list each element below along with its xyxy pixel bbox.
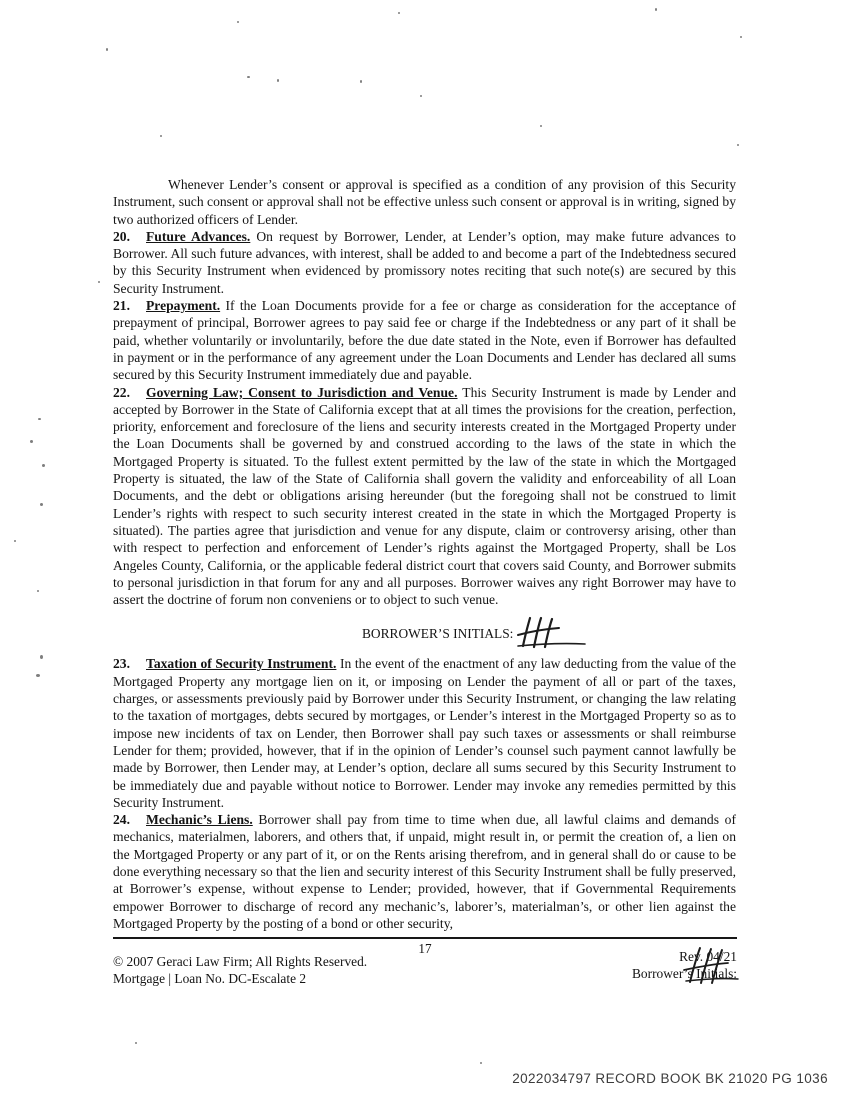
noise-speck <box>480 1062 482 1064</box>
noise-speck <box>420 95 422 97</box>
section-number: 21. <box>113 297 146 314</box>
borrowers-initials-line: BORROWER’S INITIALS: <box>113 615 736 649</box>
noise-speck <box>737 144 739 146</box>
section-heading: Prepayment. <box>146 298 220 313</box>
footer-handwritten-initials-mark <box>676 944 742 986</box>
intro-paragraph: Whenever Lender’s consent or approval is… <box>113 176 736 228</box>
noise-speck <box>106 48 108 51</box>
noise-speck <box>237 21 239 23</box>
section-24-mechanics-liens: 24.Mechanic’s Liens. Borrower shall pay … <box>113 811 736 932</box>
noise-speck <box>40 503 43 506</box>
noise-speck <box>98 281 100 283</box>
section-number: 20. <box>113 228 146 245</box>
noise-speck <box>655 8 657 11</box>
noise-speck <box>160 135 162 137</box>
document-page: Whenever Lender’s consent or approval is… <box>0 0 850 1100</box>
noise-speck <box>398 12 400 14</box>
handwritten-initials-mark <box>515 615 589 649</box>
section-heading: Governing Law; Consent to Jurisdiction a… <box>146 385 457 400</box>
noise-speck <box>740 36 742 38</box>
section-number: 23. <box>113 655 146 672</box>
footer-copyright: © 2007 Geraci Law Firm; All Rights Reser… <box>113 953 367 970</box>
section-number: 22. <box>113 384 146 401</box>
section-text: In the event of the enactment of any law… <box>113 656 736 809</box>
record-book-stamp: 2022034797 RECORD BOOK BK 21020 PG 1036 <box>512 1071 828 1086</box>
noise-speck <box>14 540 16 542</box>
section-number: 24. <box>113 811 146 828</box>
noise-speck <box>37 590 39 592</box>
section-21-prepayment: 21.Prepayment. If the Loan Documents pro… <box>113 297 736 383</box>
noise-speck <box>38 418 41 420</box>
noise-speck <box>40 655 43 659</box>
footer-doc-line: Mortgage | Loan No. DC-Escalate 2 <box>113 970 367 987</box>
document-body: Whenever Lender’s consent or approval is… <box>113 176 736 932</box>
noise-speck <box>30 440 33 443</box>
section-22-governing-law: 22.Governing Law; Consent to Jurisdictio… <box>113 384 736 609</box>
section-heading: Future Advances. <box>146 229 250 244</box>
noise-speck <box>247 76 250 78</box>
section-20-future-advances: 20.Future Advances. On request by Borrow… <box>113 228 736 297</box>
noise-speck <box>42 464 45 467</box>
footer-left: © 2007 Geraci Law Firm; All Rights Reser… <box>113 953 367 987</box>
section-heading: Mechanic’s Liens. <box>146 812 253 827</box>
section-heading: Taxation of Security Instrument. <box>146 656 336 671</box>
noise-speck <box>277 79 279 82</box>
borrowers-initials-label: BORROWER’S INITIALS: <box>362 626 513 641</box>
noise-speck <box>360 80 362 83</box>
section-text: Borrower shall pay from time to time whe… <box>113 812 736 931</box>
footer-divider-line <box>113 937 737 939</box>
noise-speck <box>135 1042 137 1044</box>
section-text: This Security Instrument is made by Lend… <box>113 385 736 608</box>
noise-speck <box>540 125 542 127</box>
section-23-taxation: 23.Taxation of Security Instrument. In t… <box>113 655 736 811</box>
noise-speck <box>36 674 40 677</box>
